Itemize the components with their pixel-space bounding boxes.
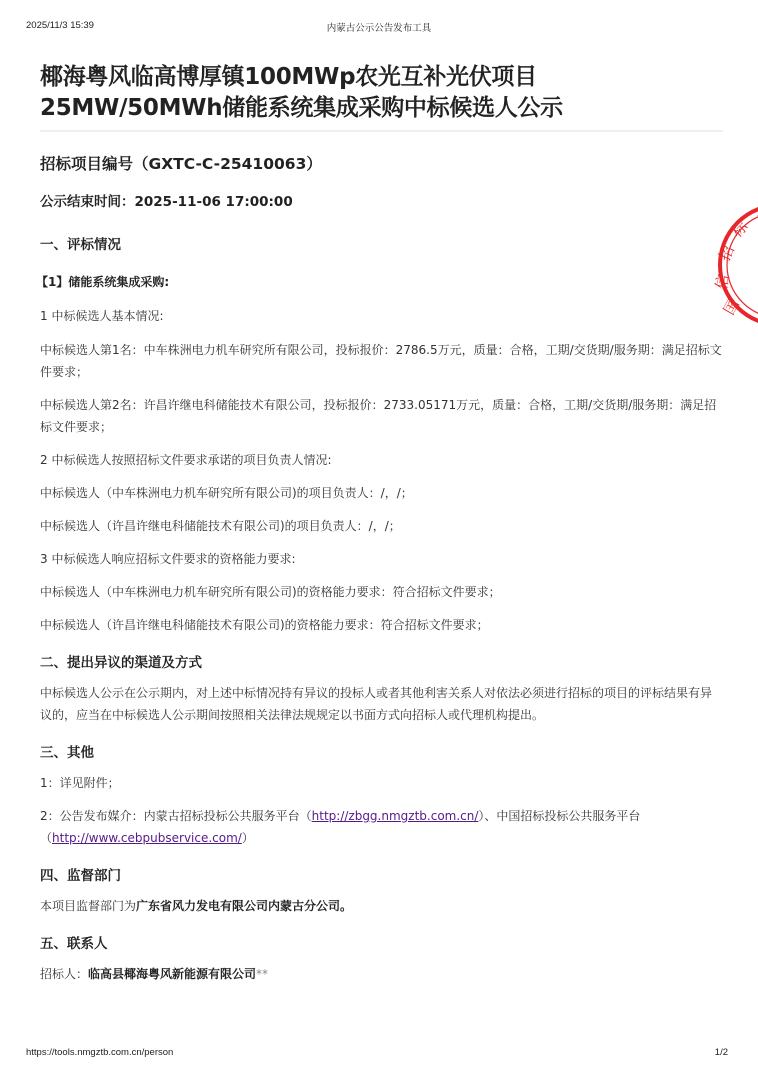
tenderer-name: 临高县椰海粤风新能源有限公司 [88, 967, 256, 981]
title-line-2: 25MW/50MWh储能系统集成采购中标候选人公示 [40, 93, 723, 124]
other-item-2: 2：公告发布媒介：内蒙古招标投标公共服务平台（http://zbgg.nmgzt… [40, 805, 723, 849]
red-seal-stamp-icon: 国 信 招 标 有 [712, 198, 758, 333]
manager-heading: 2 中标候选人按照招标文件要求承诺的项目负责人情况: [40, 449, 723, 471]
link-cebpubservice[interactable]: http://www.cebpubservice.com/ [52, 831, 242, 845]
document-content: 椰海粤风临高博厚镇100MWp农光互补光伏项目 25MW/50MWh储能系统集成… [40, 62, 723, 985]
supervision-dept: 广东省风力发电有限公司内蒙古分公司。 [136, 899, 352, 913]
end-time-label: 公示结束时间： [40, 194, 135, 210]
tenderer-suffix: ** [256, 967, 268, 981]
title-divider [40, 130, 723, 132]
qualification-2: 中标候选人（许昌许继电科储能技术有限公司)的资格能力要求：符合招标文件要求； [40, 614, 723, 636]
print-header: 2025/11/3 15:39 内蒙古公示公告发布工具 [26, 20, 732, 34]
section-3-heading: 三、其他 [40, 743, 723, 763]
supervision-prefix: 本项目监督部门为 [40, 899, 136, 913]
print-page-number: 1/2 [715, 1047, 728, 1058]
basic-info-heading: 1 中标候选人基本情况: [40, 305, 723, 327]
tenderer-line: 招标人：临高县椰海粤风新能源有限公司** [40, 963, 723, 985]
print-page-title: 内蒙古公示公告发布工具 [26, 20, 732, 34]
other-item-1: 1：详见附件； [40, 772, 723, 794]
section-5-heading: 五、联系人 [40, 934, 723, 954]
tenderer-label: 招标人： [40, 967, 88, 981]
qualification-1: 中标候选人（中车株洲电力机车研究所有限公司)的资格能力要求：符合招标文件要求； [40, 581, 723, 603]
svg-text:信: 信 [712, 273, 732, 291]
section-4-heading: 四、监督部门 [40, 866, 723, 886]
print-url: https://tools.nmgztb.com.cn/person [26, 1047, 173, 1058]
objection-body: 中标候选人公示在公示期内，对上述中标情况持有异议的投标人或者其他利害关系人对依法… [40, 682, 723, 726]
title-line-1: 椰海粤风临高博厚镇100MWp农光互补光伏项目 [40, 62, 723, 93]
print-footer: https://tools.nmgztb.com.cn/person 1/2 [26, 1047, 728, 1061]
qualification-heading: 3 中标候选人响应招标文件要求的资格能力要求: [40, 548, 723, 570]
project-code: 招标项目编号（GXTC-C-25410063） [40, 153, 723, 175]
svg-text:标: 标 [728, 217, 752, 241]
candidate-1: 中标候选人第1名：中车株洲电力机车研究所有限公司，投标报价：2786.5万元，质… [40, 339, 723, 383]
candidate-2: 中标候选人第2名：许昌许继电科储能技术有限公司，投标报价：2733.05171万… [40, 394, 723, 438]
section-1-subheading: 【1】储能系统集成采购: [36, 271, 723, 293]
document-title: 椰海粤风临高博厚镇100MWp农光互补光伏项目 25MW/50MWh储能系统集成… [40, 62, 723, 124]
end-time-value: 2025-11-06 17:00:00 [135, 194, 293, 210]
section-2-heading: 二、提出异议的渠道及方式 [40, 653, 723, 673]
supervision-body: 本项目监督部门为广东省风力发电有限公司内蒙古分公司。 [40, 895, 723, 917]
media-suffix: ） [242, 831, 254, 845]
end-time: 公示结束时间：2025-11-06 17:00:00 [40, 192, 723, 212]
manager-2: 中标候选人（许昌许继电科储能技术有限公司)的项目负责人：/，/； [40, 515, 723, 537]
link-nmgztb[interactable]: http://zbgg.nmgztb.com.cn/ [312, 809, 479, 823]
manager-1: 中标候选人（中车株洲电力机车研究所有限公司)的项目负责人：/，/； [40, 482, 723, 504]
section-1-heading: 一、评标情况 [40, 235, 723, 255]
media-prefix: 2：公告发布媒介：内蒙古招标投标公共服务平台（ [40, 809, 312, 823]
